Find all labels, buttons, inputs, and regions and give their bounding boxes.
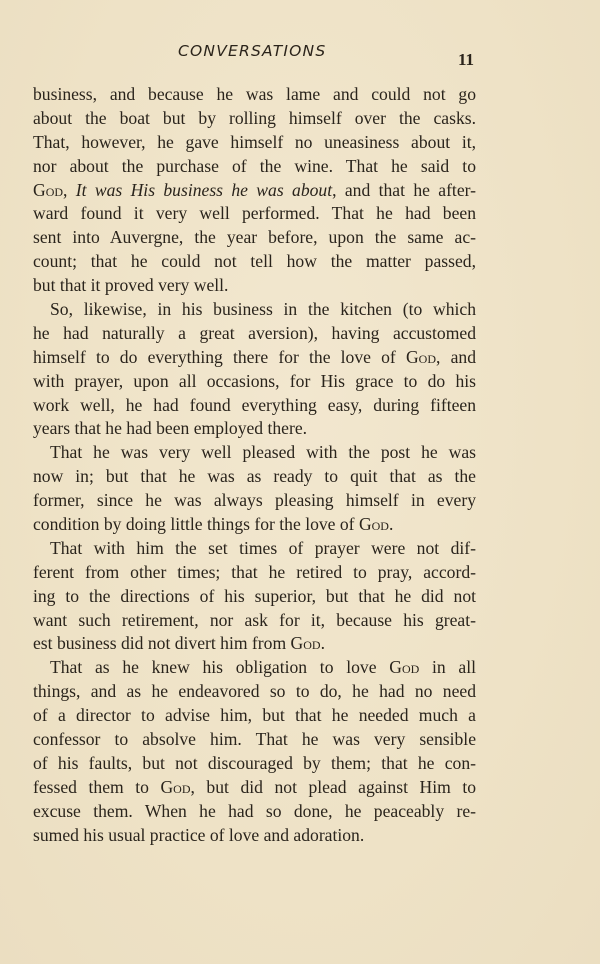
text-line: things, and as he endeavored so to do, h… <box>33 680 476 704</box>
text-fragment: , but did not plead against Him to <box>191 777 477 797</box>
text-line: So, likewise, in his business in the kit… <box>33 298 476 322</box>
text-fragment: That as he knew his obligation to love <box>50 657 389 677</box>
text-line: God, It was His business he was about, a… <box>33 179 476 203</box>
text-line: That he was very well pleased with the p… <box>33 441 476 465</box>
text-fragment: est business did not divert him from <box>33 633 291 653</box>
text-line: fessed them to God, but did not plead ag… <box>33 776 476 800</box>
text-line: That as he knew his obligation to love G… <box>33 656 476 680</box>
text-line: business, and because he was lame and co… <box>33 83 476 107</box>
italic-quote: It was His business he was about <box>76 180 332 200</box>
text-line: of his faults, but not discouraged by th… <box>33 752 476 776</box>
text-line: but that it proved very well. <box>33 274 476 298</box>
small-caps-god: God <box>389 657 419 677</box>
paragraph: business, and because he was lame and co… <box>33 83 476 298</box>
text-line: want such retirement, nor ask for it, be… <box>33 609 476 633</box>
text-line: ing to the directions of his superior, b… <box>33 585 476 609</box>
text-line: ward found it very well performed. That … <box>33 202 476 226</box>
text-line: former, since he was always pleasing him… <box>33 489 476 513</box>
small-caps-god: God <box>160 777 190 797</box>
paragraph: So, likewise, in his business in the kit… <box>33 298 476 441</box>
text-line: condition by doing little things for the… <box>33 513 476 537</box>
text-line: with prayer, upon all occasions, for His… <box>33 370 476 394</box>
text-fragment: . <box>321 633 325 653</box>
text-line: confessor to absolve him. That he was ve… <box>33 728 476 752</box>
small-caps-god: God <box>359 514 389 534</box>
text-line: now in; but that he was as ready to quit… <box>33 465 476 489</box>
text-fragment: condition by doing little things for the… <box>33 514 359 534</box>
text-fragment: fessed them to <box>33 777 160 797</box>
running-head-title: CONVERSATIONS <box>178 42 326 60</box>
text-line: sent into Auvergne, the year before, upo… <box>33 226 476 250</box>
text-fragment: . <box>389 514 393 534</box>
text-line: sumed his usual practice of love and ado… <box>33 824 476 848</box>
paragraph: That he was very well pleased with the p… <box>33 441 476 537</box>
paragraph: That as he knew his obligation to love G… <box>33 656 476 847</box>
page-number: 11 <box>458 50 474 70</box>
text-line: ferent from other times; that he retired… <box>33 561 476 585</box>
text-line: excuse them. When he had so done, he pea… <box>33 800 476 824</box>
text-fragment: himself to do everything there for the l… <box>33 347 406 367</box>
text-fragment: in all <box>419 657 476 677</box>
book-page: CONVERSATIONS 11 business, and because h… <box>0 0 600 964</box>
body-text: business, and because he was lame and co… <box>33 83 476 848</box>
text-line: years that he had been employed there. <box>33 417 476 441</box>
text-fragment: , and that he after- <box>332 180 476 200</box>
text-line: himself to do everything there for the l… <box>33 346 476 370</box>
text-line: That, however, he gave himself no uneasi… <box>33 131 476 155</box>
text-line: of a director to advise him, but that he… <box>33 704 476 728</box>
text-fragment: , and <box>436 347 476 367</box>
text-line: est business did not divert him from God… <box>33 632 476 656</box>
text-line: he had naturally a great aversion), havi… <box>33 322 476 346</box>
text-fragment: , <box>63 180 76 200</box>
small-caps-god: God <box>291 633 321 653</box>
small-caps-god: God <box>406 347 436 367</box>
small-caps-god: God <box>33 180 63 200</box>
text-line: about the boat but by rolling himself ov… <box>33 107 476 131</box>
text-line: count; that he could not tell how the ma… <box>33 250 476 274</box>
text-line: That with him the set times of prayer we… <box>33 537 476 561</box>
paragraph: That with him the set times of prayer we… <box>33 537 476 656</box>
text-line: nor about the purchase of the wine. That… <box>33 155 476 179</box>
text-line: work well, he had found everything easy,… <box>33 394 476 418</box>
